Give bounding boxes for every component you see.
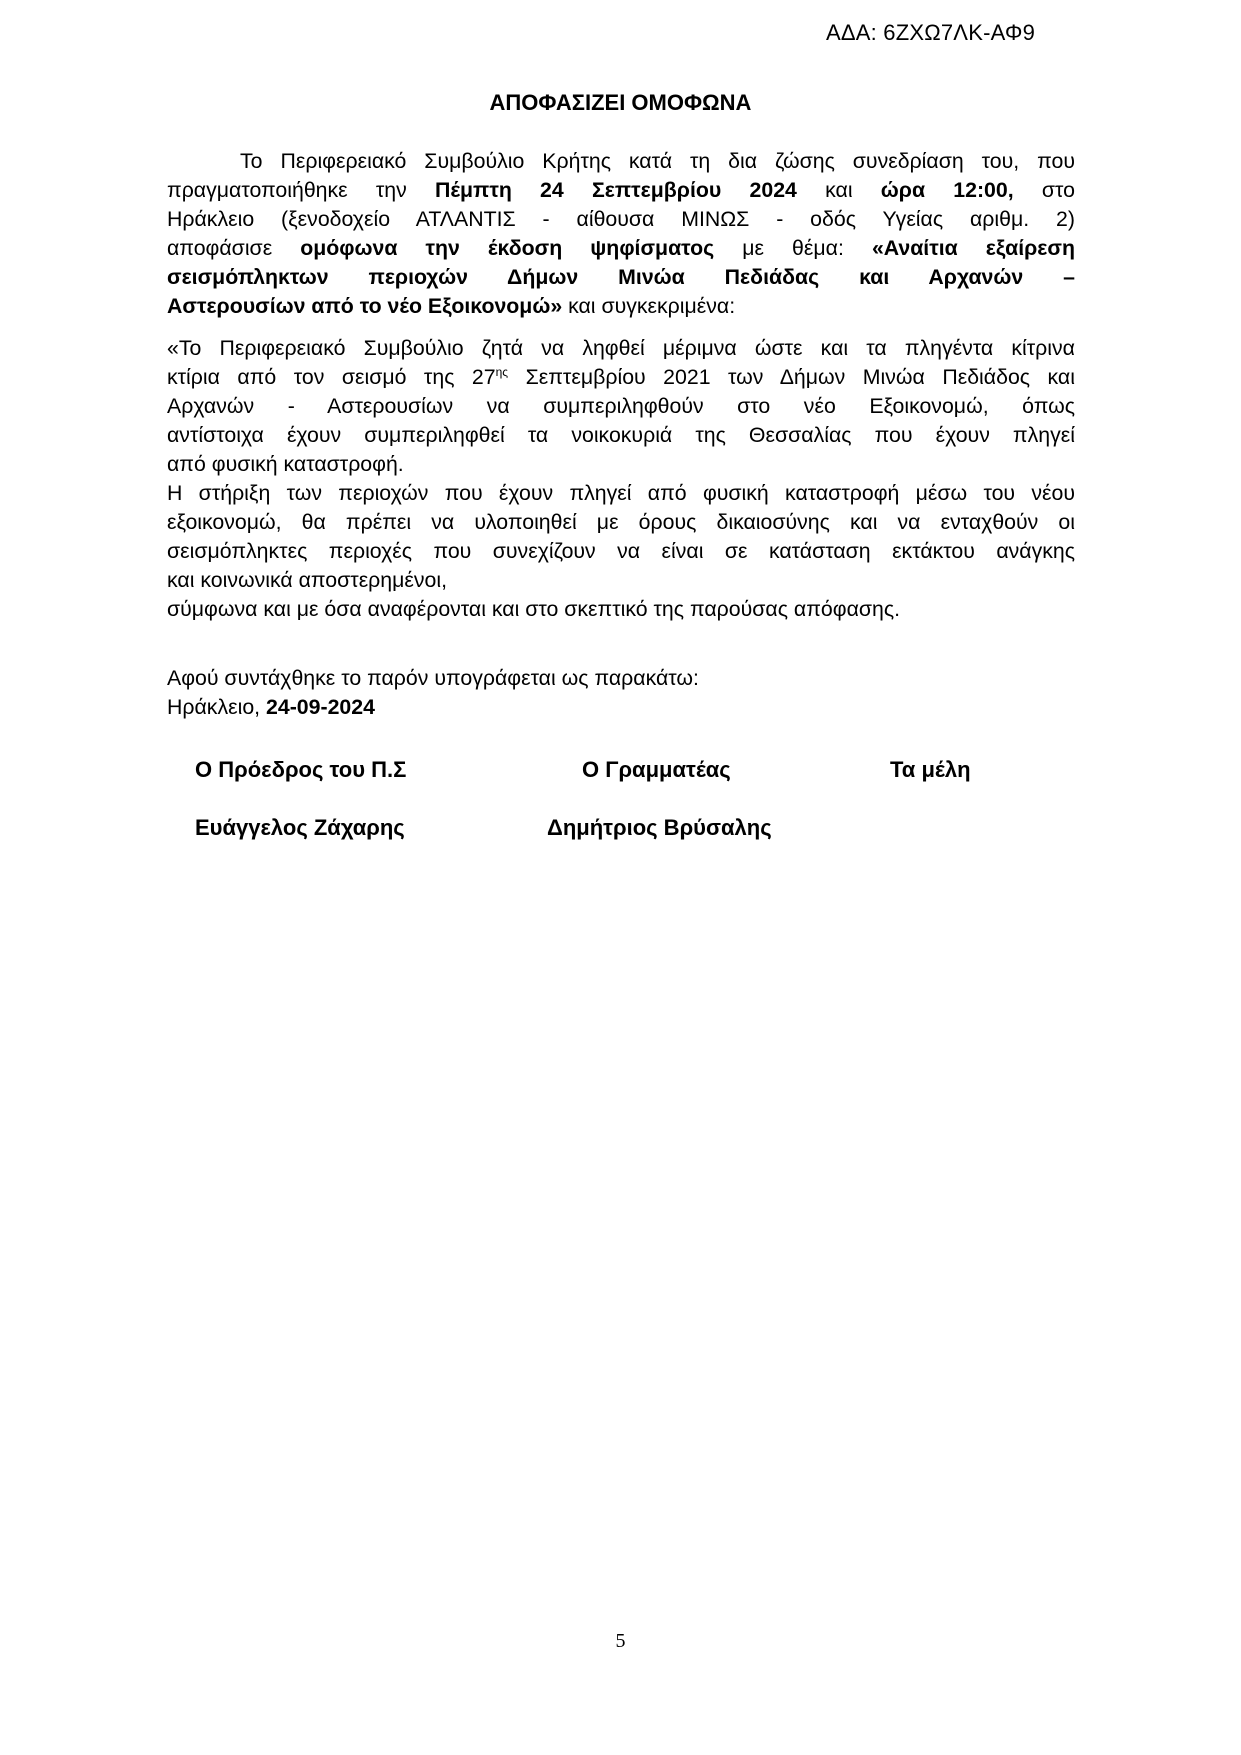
text-span: και [797,178,881,202]
text-line: αποφάσισε ομόφωνα την έκδοση ψηφίσματος … [167,234,1075,263]
text-line: Αστερουσίων από το νέο Εξοικονομώ» και σ… [167,292,1075,321]
text-line: Αρχανών - Αστερουσίων να συμπεριληφθούν … [167,392,1075,421]
text-span: Σεπτεμβρίου 2021 των Δήμων Μινώα Πεδιάδο… [508,365,1075,389]
ordinal-suffix: ης [496,365,508,379]
meeting-date: Πέμπτη 24 Σεπτεμβρίου 2024 [435,178,797,202]
signing-date: 24-09-2024 [266,695,375,719]
signing-block: Αφού συντάχθηκε το παρόν υπογράφεται ως … [167,664,699,722]
signing-intro: Αφού συντάχθηκε το παρόν υπογράφεται ως … [167,664,699,693]
text-span: πραγματοποιήθηκε την [167,178,435,202]
text-span: και συγκεκριμένα: [562,294,735,318]
text-line: και κοινωνικά αποστερημένοι, [167,566,1075,595]
ada-code: ΑΔΑ: 6ΖΧΩ7ΛΚ-ΑΦ9 [826,20,1035,46]
resolution-subject: σεισμόπληκτων περιοχών Δήμων Μινώα Πεδιά… [167,263,1075,292]
text-line: κτίρια από τον σεισμό της 27ης Σεπτεμβρί… [167,363,1075,392]
text-line: αντίστοιχα έχουν συμπεριληφθεί τα νοικοκ… [167,421,1075,450]
signing-place-date: Ηράκλειο, 24-09-2024 [167,693,699,722]
president-name: Ευάγγελος Ζάχαρης [195,815,405,841]
president-role: Ο Πρόεδρος του Π.Σ [195,757,406,783]
text-line: σεισμόπληκτες περιοχές που συνεχίζουν να… [167,537,1075,566]
resolution-text: «Το Περιφερειακό Συμβούλιο ζητά να ληφθε… [167,334,1075,624]
text-span: αποφάσισε [167,236,300,260]
text-line: Η στήριξη των περιοχών που έχουν πληγεί … [167,479,1075,508]
text-line: «Το Περιφερειακό Συμβούλιο ζητά να ληφθε… [167,334,1075,363]
decision-paragraph: Το Περιφερειακό Συμβούλιο Κρήτης κατά τη… [167,147,1075,321]
meeting-time: ώρα 12:00, [881,178,1014,202]
text-line: Το Περιφερειακό Συμβούλιο Κρήτης κατά τη… [167,147,1075,176]
text-line: από φυσική καταστροφή. [167,450,1075,479]
resolution-subject: «Αναίτια εξαίρεση [872,236,1075,260]
text-span: στο [1014,178,1075,202]
text-span: με θέμα: [714,236,872,260]
decision-title: ΑΠΟΦΑΣΙΖΕΙ ΟΜΟΦΩΝΑ [0,90,1241,116]
text-span: κτίρια από τον σεισμό της 27 [167,365,496,389]
decision-type: ομόφωνα την έκδοση ψηφίσματος [300,236,714,260]
text-line: σύμφωνα και με όσα αναφέρονται και στο σ… [167,595,1075,624]
page-number: 5 [0,1630,1241,1653]
text-line: πραγματοποιήθηκε την Πέμπτη 24 Σεπτεμβρί… [167,176,1075,205]
text-line: Ηράκλειο (ξενοδοχείο ΑΤΛΑΝΤΙΣ - αίθουσα … [167,205,1075,234]
resolution-subject: Αστερουσίων από το νέο Εξοικονομώ» [167,294,562,318]
members-role: Τα μέλη [890,757,971,783]
secretary-name: Δημήτριος Βρύσαλης [547,815,772,841]
text-line: εξοικονομώ, θα πρέπει να υλοποιηθεί με ό… [167,508,1075,537]
secretary-role: Ο Γραμματέας [582,757,731,783]
signing-place: Ηράκλειο, [167,695,266,719]
